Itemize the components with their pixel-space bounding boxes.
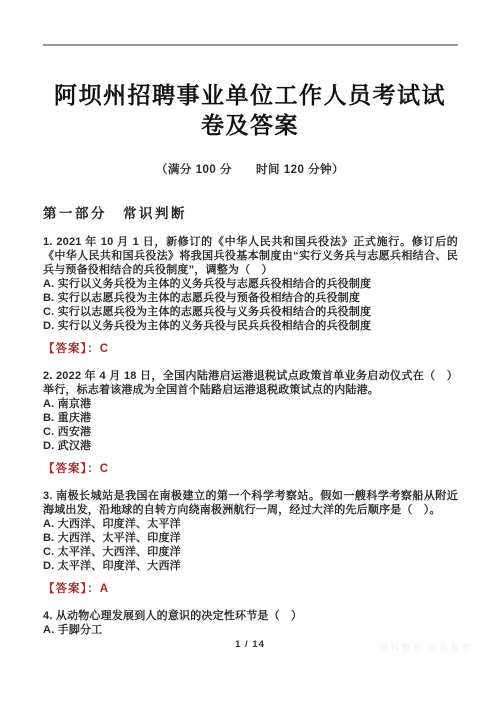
- section-heading: 第一部分 常识判断: [43, 202, 458, 222]
- page-subtitle: （满分 100 分 时间 120 分钟）: [0, 161, 500, 177]
- question-option: D. 实行以义务兵役为主体的义务兵役与民兵兵役相结合的兵役制度: [43, 319, 458, 333]
- question-stem: 2. 2022 年 4 月 18 日，全国内陆港启运港退税试点政策首单业务启动仪…: [43, 369, 458, 397]
- question-option: B. 重庆港: [43, 411, 458, 425]
- question-option: B. 实行以志愿兵役为主体的志愿兵役与预备役相结合的兵役制度: [43, 291, 458, 305]
- watermark: 资料整理 仅供参考: [379, 641, 472, 654]
- question-option: C. 实行以志愿兵役为主体的志愿兵役与义务兵役相结合的兵役制度: [43, 305, 458, 319]
- question-block: 3. 南极长城站是我国在南极建立的第一个科学考察站。假如一艘科学考察船从附近海域…: [43, 489, 458, 596]
- question-block: 1. 2021 年 10 月 1 日，新修订的《中华人民共和国兵役法》正式施行。…: [43, 235, 458, 356]
- question-stem: 1. 2021 年 10 月 1 日，新修订的《中华人民共和国兵役法》正式施行。…: [43, 235, 458, 277]
- answer-label: 【答案】：C: [43, 460, 458, 476]
- question-option: A. 实行以义务兵役为主体的义务兵役与志愿兵役相结合的兵役制度: [43, 277, 458, 291]
- question-option: A. 南京港: [43, 397, 458, 411]
- page-title: 阿坝州招聘事业单位工作人员考试试卷及答案: [45, 80, 455, 140]
- question-option: B. 大西洋、太平洋、印度洋: [43, 531, 458, 545]
- title-divider-rule: [43, 44, 458, 46]
- question-stem: 3. 南极长城站是我国在南极建立的第一个科学考察站。假如一艘科学考察船从附近海域…: [43, 489, 458, 517]
- question-option: A. 手脚分工: [43, 623, 458, 637]
- question-option: D. 武汉港: [43, 439, 458, 453]
- question-block: 4. 从动物心理发展到人的意识的决定性环节是（ ）A. 手脚分工: [43, 609, 458, 637]
- question-option: A. 大西洋、印度洋、太平洋: [43, 517, 458, 531]
- document-body: 第一部分 常识判断 1. 2021 年 10 月 1 日，新修订的《中华人民共和…: [43, 202, 458, 637]
- answer-label: 【答案】：C: [43, 340, 458, 356]
- question-block: 2. 2022 年 4 月 18 日，全国内陆港启运港退税试点政策首单业务启动仪…: [43, 369, 458, 476]
- question-option: C. 西安港: [43, 425, 458, 439]
- exam-document-page: 阿坝州招聘事业单位工作人员考试试卷及答案 （满分 100 分 时间 120 分钟…: [0, 0, 500, 707]
- question-option: D. 太平洋、印度洋、大西洋: [43, 559, 458, 573]
- question-option: C. 太平洋、大西洋、印度洋: [43, 545, 458, 559]
- answer-label: 【答案】：A: [43, 580, 458, 596]
- questions: 1. 2021 年 10 月 1 日，新修订的《中华人民共和国兵役法》正式施行。…: [43, 235, 458, 637]
- question-stem: 4. 从动物心理发展到人的意识的决定性环节是（ ）: [43, 609, 458, 623]
